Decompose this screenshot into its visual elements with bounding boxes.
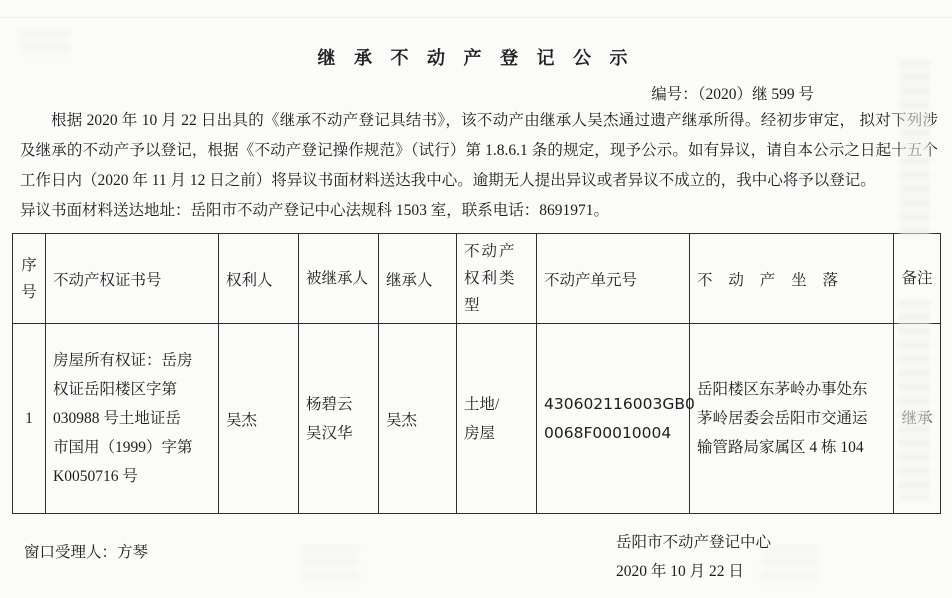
cell-unit-no: 430602116003GB0 0068F00010004 — [537, 324, 690, 514]
document-title: 继 承 不 动 产 登 记 公 示 — [0, 0, 952, 70]
cell-right-type: 土地/ 房屋 — [457, 324, 537, 514]
scan-artifact-top-line — [0, 17, 952, 18]
header-decedent: 被继承人 — [299, 234, 379, 324]
cell-heir: 吴杰 — [379, 324, 457, 514]
table-row: 1 房屋所有权证：岳房 权证岳阳楼区字第 030988 号土地证岳 市国用（19… — [13, 324, 941, 514]
header-heir: 继承人 — [379, 234, 457, 324]
cell-remark: 继承 — [894, 324, 941, 514]
issuing-date: 2020 年 10 月 22 日 — [616, 557, 771, 586]
header-unit-no: 不动产单元号 — [537, 234, 690, 324]
registration-table: 序号 不动产权证书号 权利人 被继承人 继承人 不动产权利类型 不动产单元号 不… — [12, 233, 941, 514]
notice-paragraph-main: 根据 2020 年 10 月 22 日出具的《继承不动产登记具结书》，该不动产由… — [20, 106, 938, 196]
issuing-org-block: 岳阳市不动产登记中心 2020 年 10 月 22 日 — [616, 528, 771, 586]
scan-bleedthrough-blob — [300, 545, 360, 585]
cell-cert-no: 房屋所有权证：岳房 权证岳阳楼区字第 030988 号土地证岳 市国用（1999… — [46, 324, 219, 514]
header-right-holder: 权利人 — [219, 234, 299, 324]
document-number: 编号：（2020）继 599 号 — [0, 82, 952, 104]
table-header-row: 序号 不动产权证书号 权利人 被继承人 继承人 不动产权利类型 不动产单元号 不… — [13, 234, 941, 324]
notice-body: 根据 2020 年 10 月 22 日出具的《继承不动产登记具结书》，该不动产由… — [20, 106, 938, 226]
cell-location: 岳阳楼区东茅岭办事处东 茅岭居委会岳阳市交通运 输管路局家属区 4 栋 104 — [690, 324, 894, 514]
header-right-type: 不动产权利类型 — [457, 234, 537, 324]
cell-decedent: 杨碧云 吴汉华 — [299, 324, 379, 514]
header-location: 不 动 产 坐 落 — [690, 234, 894, 324]
header-remark: 备注 — [894, 234, 941, 324]
cell-seq: 1 — [13, 324, 46, 514]
header-seq: 序号 — [13, 234, 46, 324]
notice-paragraph-address: 异议书面材料送达地址：岳阳市不动产登记中心法规科 1503 室，联系电话：869… — [20, 196, 938, 226]
header-cert-no: 不动产权证书号 — [46, 234, 219, 324]
window-acceptor: 窗口受理人：方琴 — [24, 540, 148, 562]
issuing-org-name: 岳阳市不动产登记中心 — [616, 528, 771, 557]
cell-right-holder: 吴杰 — [219, 324, 299, 514]
